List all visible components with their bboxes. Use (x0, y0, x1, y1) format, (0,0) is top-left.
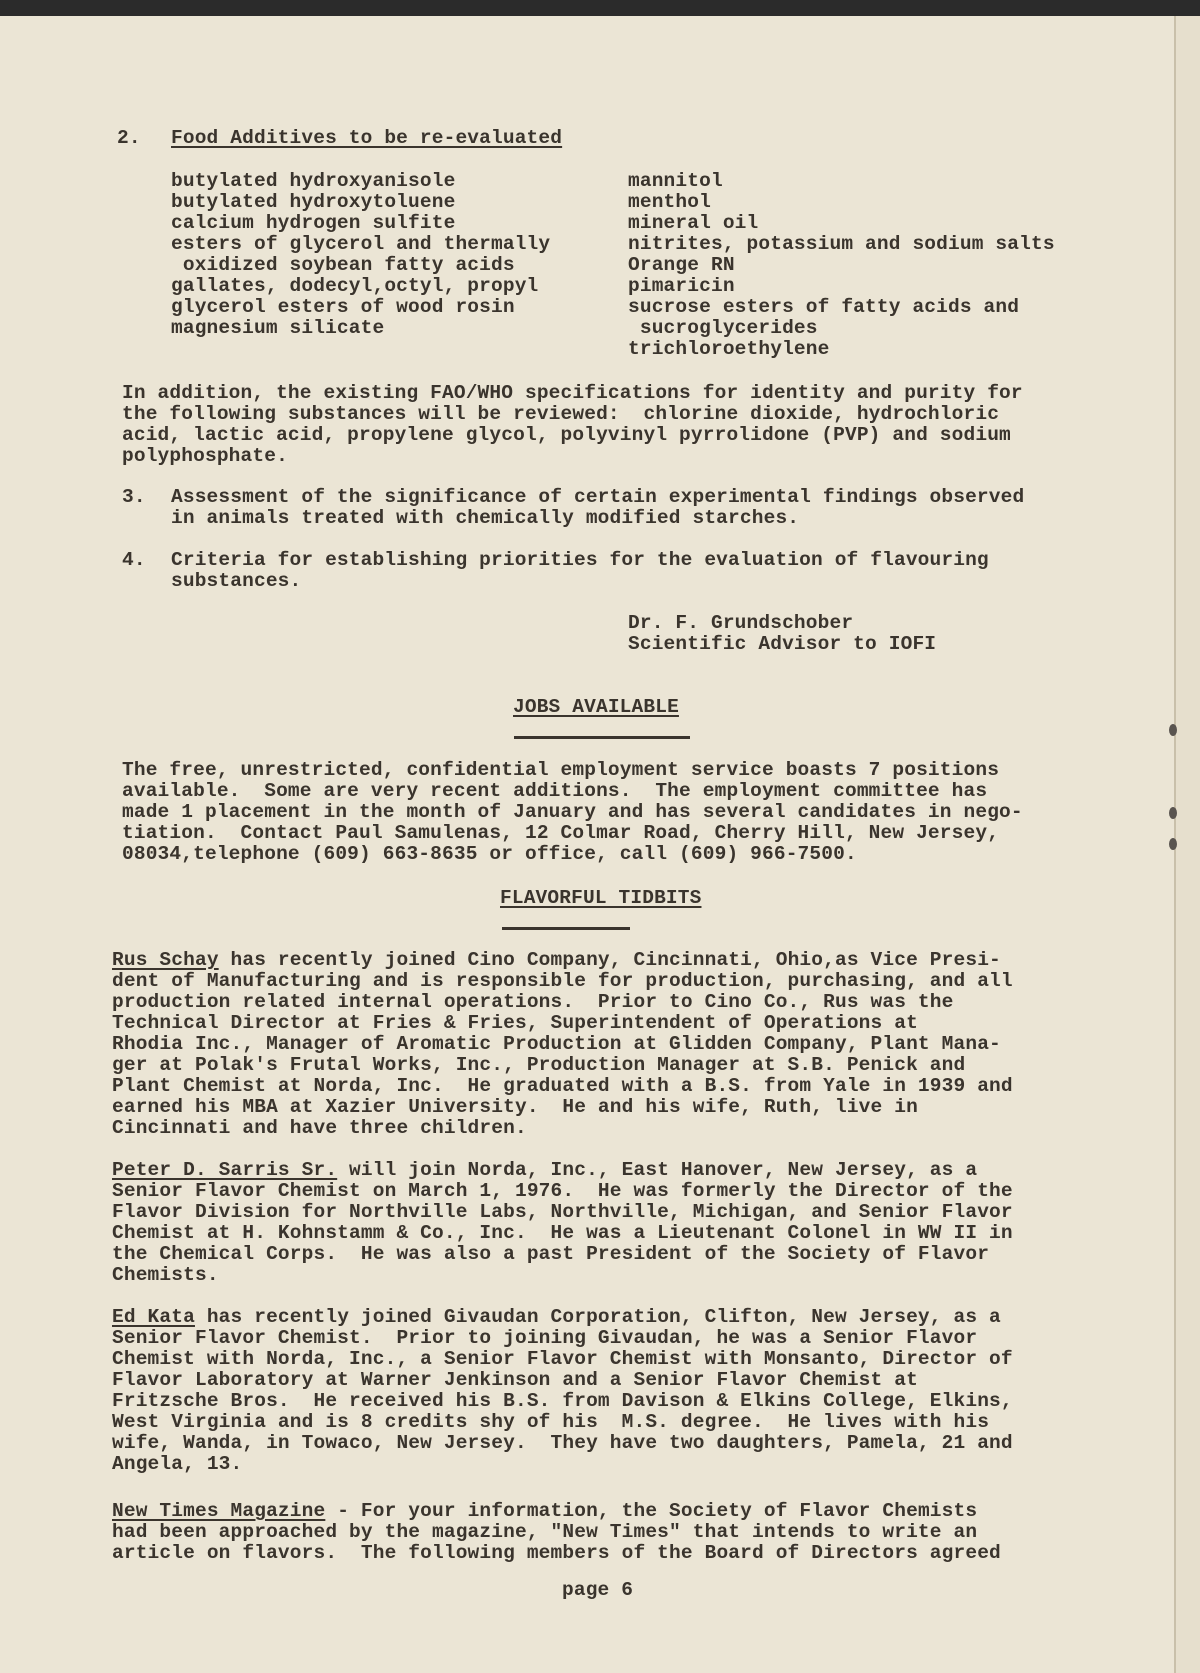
additive-item: esters of glycerol and thermally (171, 234, 550, 255)
jobs-heading: JOBS AVAILABLE (513, 697, 679, 718)
staple-icon (1169, 838, 1177, 850)
additive-item: gallates, dodecyl,octyl, propyl (171, 276, 538, 297)
person-name: Ed Kata (112, 1306, 195, 1328)
tidbit-line: Senior Flavor Chemist on March 1, 1976. … (112, 1181, 1013, 1202)
paragraph-line: 08034,telephone (609) 663-8635 or office… (122, 844, 857, 865)
additive-item: magnesium silicate (171, 318, 384, 339)
paragraph-line: tiation. Contact Paul Samulenas, 12 Colm… (122, 823, 999, 844)
tidbit-line: Chemists. (112, 1265, 219, 1286)
section-number: 2. (117, 128, 141, 149)
tidbit-line: dent of Manufacturing and is responsible… (112, 971, 1013, 992)
additive-item: mannitol (628, 171, 723, 192)
divider (514, 736, 690, 739)
additive-item: sucroglycerides (628, 318, 818, 339)
tidbit-line: wife, Wanda, in Towaco, New Jersey. They… (112, 1433, 1013, 1454)
item-line: substances. (171, 571, 301, 592)
tidbit-line: Plant Chemist at Norda, Inc. He graduate… (112, 1076, 1013, 1097)
tidbit-line: ger at Polak's Frutal Works, Inc., Produ… (112, 1055, 965, 1076)
paragraph-line: In addition, the existing FAO/WHO specif… (122, 383, 1023, 404)
item-line: Assessment of the significance of certai… (171, 487, 1024, 508)
additive-item: pimaricin (628, 276, 735, 297)
tidbit-line: Rhodia Inc., Manager of Aromatic Product… (112, 1034, 1001, 1055)
paragraph-line: made 1 placement in the month of January… (122, 802, 1023, 823)
additive-item: trichloroethylene (628, 339, 829, 360)
tidbit-line: West Virginia and is 8 credits shy of hi… (112, 1412, 989, 1433)
tidbit-line: the Chemical Corps. He was also a past P… (112, 1244, 989, 1265)
tidbit-text: will join Norda, Inc., East Hanover, New… (337, 1159, 977, 1181)
paragraph-line: the following substances will be reviewe… (122, 404, 999, 425)
additive-item: oxidized soybean fatty acids (171, 255, 515, 276)
item-number: 3. (122, 487, 146, 508)
signature-name: Dr. F. Grundschober (628, 613, 853, 634)
page-number: page 6 (562, 1580, 633, 1601)
tidbit-text: - For your information, the Society of F… (325, 1500, 977, 1522)
adjacent-page-edge (1174, 16, 1200, 1673)
paragraph-line: acid, lactic acid, propylene glycol, pol… (122, 425, 1011, 446)
tidbit-line: Flavor Laboratory at Warner Jenkinson an… (112, 1370, 918, 1391)
tidbit-line: Senior Flavor Chemist. Prior to joining … (112, 1328, 977, 1349)
tidbit-line: Technical Director at Fries & Fries, Sup… (112, 1013, 918, 1034)
tidbit-line: article on flavors. The following member… (112, 1543, 1001, 1564)
additive-item: butylated hydroxyanisole (171, 171, 455, 192)
additive-item: menthol (628, 192, 711, 213)
section-heading: Food Additives to be re-evaluated (171, 128, 562, 149)
additive-item: Orange RN (628, 255, 735, 276)
person-name: Peter D. Sarris Sr. (112, 1159, 337, 1181)
person-name: Rus Schay (112, 949, 219, 971)
tidbit-text: has recently joined Cino Company, Cincin… (219, 949, 1001, 971)
tidbit-text: has recently joined Givaudan Corporation… (195, 1306, 1001, 1328)
paragraph-line: available. Some are very recent addition… (122, 781, 987, 802)
tidbit-line: Chemist at H. Kohnstamm & Co., Inc. He w… (112, 1223, 1013, 1244)
additive-item: sucrose esters of fatty acids and (628, 297, 1019, 318)
tidbit-line: earned his MBA at Xazier University. He … (112, 1097, 918, 1118)
divider (502, 927, 630, 930)
tidbit-line: Chemist with Norda, Inc., a Senior Flavo… (112, 1349, 1013, 1370)
item-name: New Times Magazine (112, 1500, 325, 1522)
tidbit-line: Peter D. Sarris Sr. will join Norda, Inc… (112, 1160, 977, 1181)
additive-item: nitrites, potassium and sodium salts (628, 234, 1055, 255)
tidbit-line: Rus Schay has recently joined Cino Compa… (112, 950, 1001, 971)
staple-icon (1169, 724, 1177, 736)
tidbit-line: New Times Magazine - For your informatio… (112, 1501, 977, 1522)
tidbit-line: Fritzsche Bros. He received his B.S. fro… (112, 1391, 1013, 1412)
paragraph-line: polyphosphate. (122, 446, 288, 467)
additive-item: calcium hydrogen sulfite (171, 213, 455, 234)
additive-item: glycerol esters of wood rosin (171, 297, 515, 318)
tidbit-line: production related internal operations. … (112, 992, 954, 1013)
tidbit-line: Angela, 13. (112, 1454, 242, 1475)
tidbits-heading: FLAVORFUL TIDBITS (500, 888, 701, 909)
item-line: in animals treated with chemically modif… (171, 508, 799, 529)
item-line: Criteria for establishing priorities for… (171, 550, 989, 571)
signature-title: Scientific Advisor to IOFI (628, 634, 936, 655)
paragraph-line: The free, unrestricted, confidential emp… (122, 760, 999, 781)
tidbit-line: Flavor Division for Northville Labs, Nor… (112, 1202, 1013, 1223)
tidbit-line: Cincinnati and have three children. (112, 1118, 527, 1139)
additive-item: butylated hydroxytoluene (171, 192, 455, 213)
tidbit-line: Ed Kata has recently joined Givaudan Cor… (112, 1307, 1001, 1328)
tidbit-line: had been approached by the magazine, "Ne… (112, 1522, 977, 1543)
additive-item: mineral oil (628, 213, 758, 234)
item-number: 4. (122, 550, 146, 571)
staple-icon (1169, 807, 1177, 819)
